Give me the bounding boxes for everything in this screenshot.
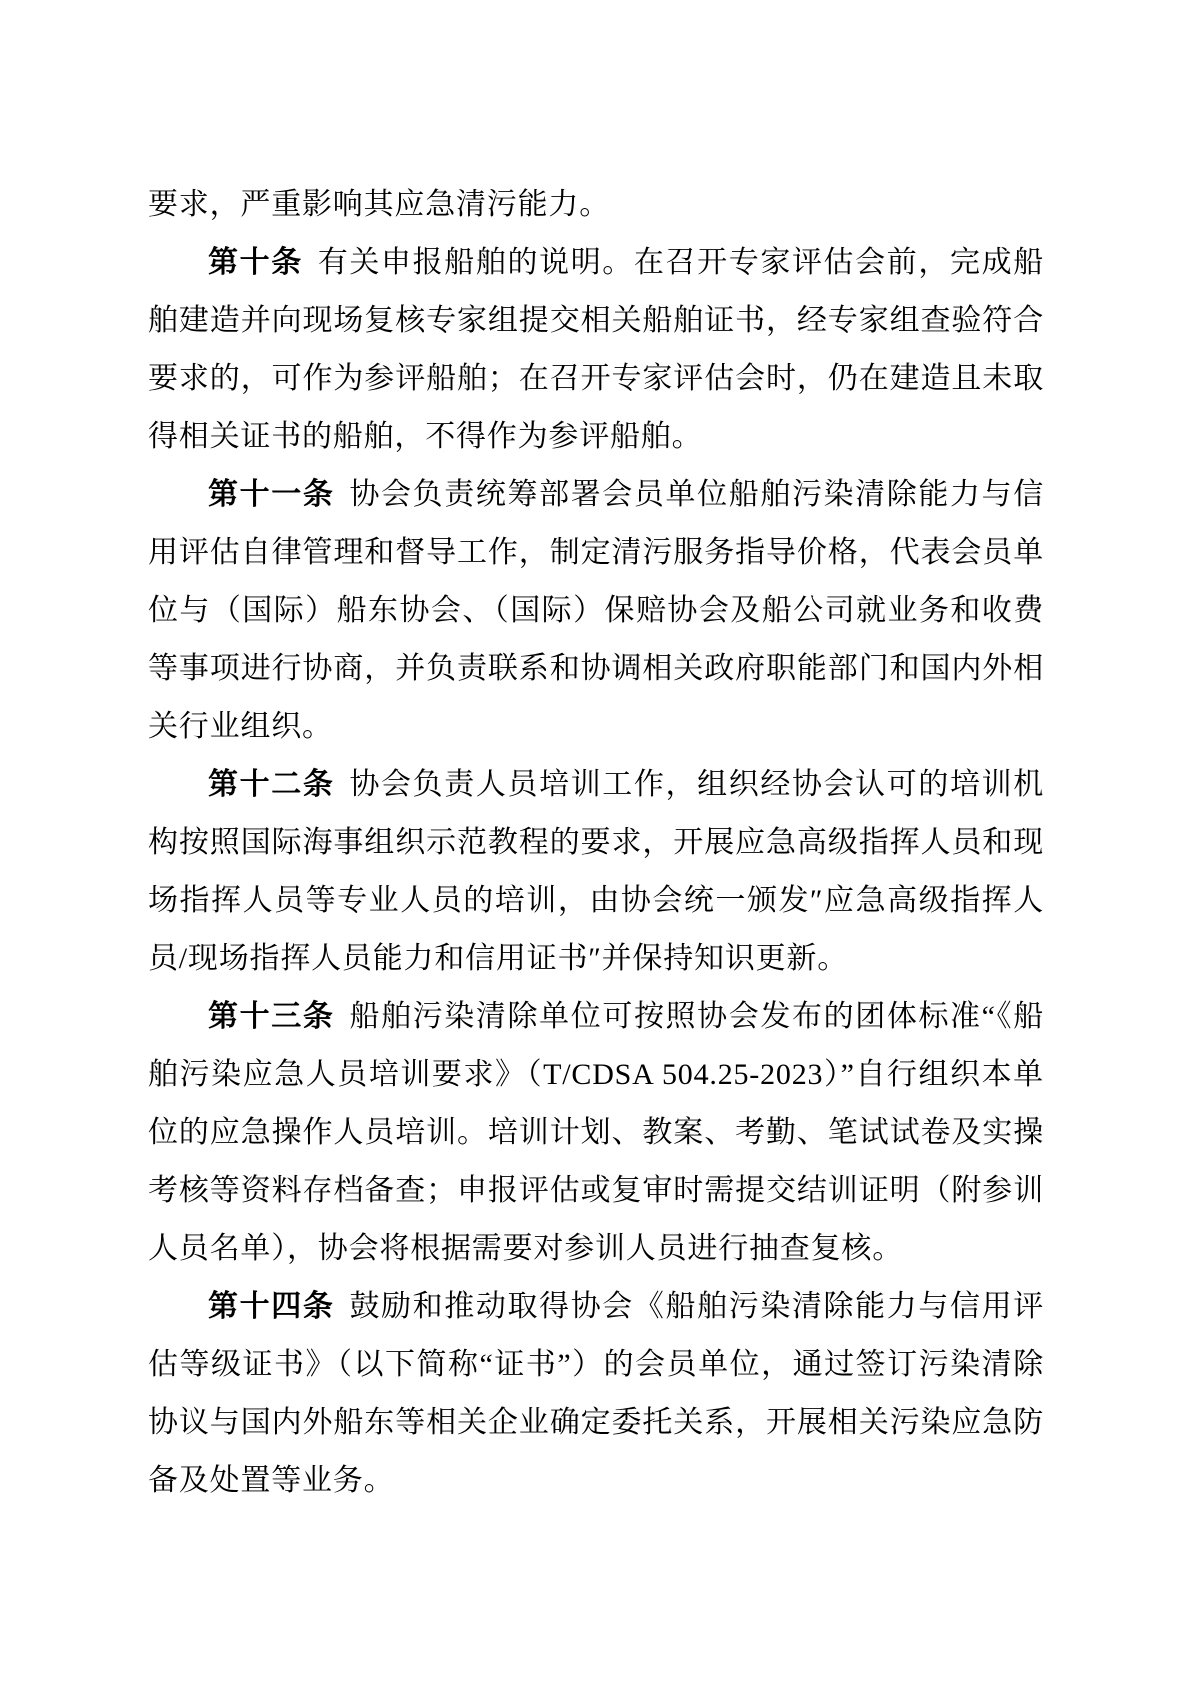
paragraph-text: 要求，严重影响其应急清污能力。 (148, 188, 610, 221)
article-number: 第十四条 (208, 1290, 334, 1323)
paragraph-article-10: 第十条有关申报船舶的说明。在召开专家评估会前，完成船舶建造并向现场复核专家组提交… (148, 234, 1044, 466)
paragraph-continuation: 要求，严重影响其应急清污能力。 (148, 176, 1044, 234)
paragraph-article-14: 第十四条鼓励和推动取得协会《船舶污染清除能力与信用评估等级证书》（以下简称“证书… (148, 1278, 1044, 1510)
document-page: 要求，严重影响其应急清污能力。 第十条有关申报船舶的说明。在召开专家评估会前，完… (0, 0, 1191, 1684)
paragraph-text: 船舶污染清除单位可按照协会发布的团体标准“《船舶污染应急人员培训要求》（T/CD… (148, 1000, 1044, 1265)
article-number: 第十三条 (208, 1000, 334, 1033)
article-number: 第十二条 (208, 768, 334, 801)
paragraph-article-13: 第十三条船舶污染清除单位可按照协会发布的团体标准“《船舶污染应急人员培训要求》（… (148, 988, 1044, 1278)
document-body: 要求，严重影响其应急清污能力。 第十条有关申报船舶的说明。在召开专家评估会前，完… (148, 176, 1044, 1510)
paragraph-article-12: 第十二条协会负责人员培训工作，组织经协会认可的培训机构按照国际海事组织示范教程的… (148, 756, 1044, 988)
article-number: 第十条 (208, 246, 303, 279)
paragraph-article-11: 第十一条协会负责统筹部署会员单位船舶污染清除能力与信用评估自律管理和督导工作，制… (148, 466, 1044, 756)
article-number: 第十一条 (208, 478, 334, 511)
paragraph-text: 协会负责统筹部署会员单位船舶污染清除能力与信用评估自律管理和督导工作，制定清污服… (148, 478, 1044, 743)
